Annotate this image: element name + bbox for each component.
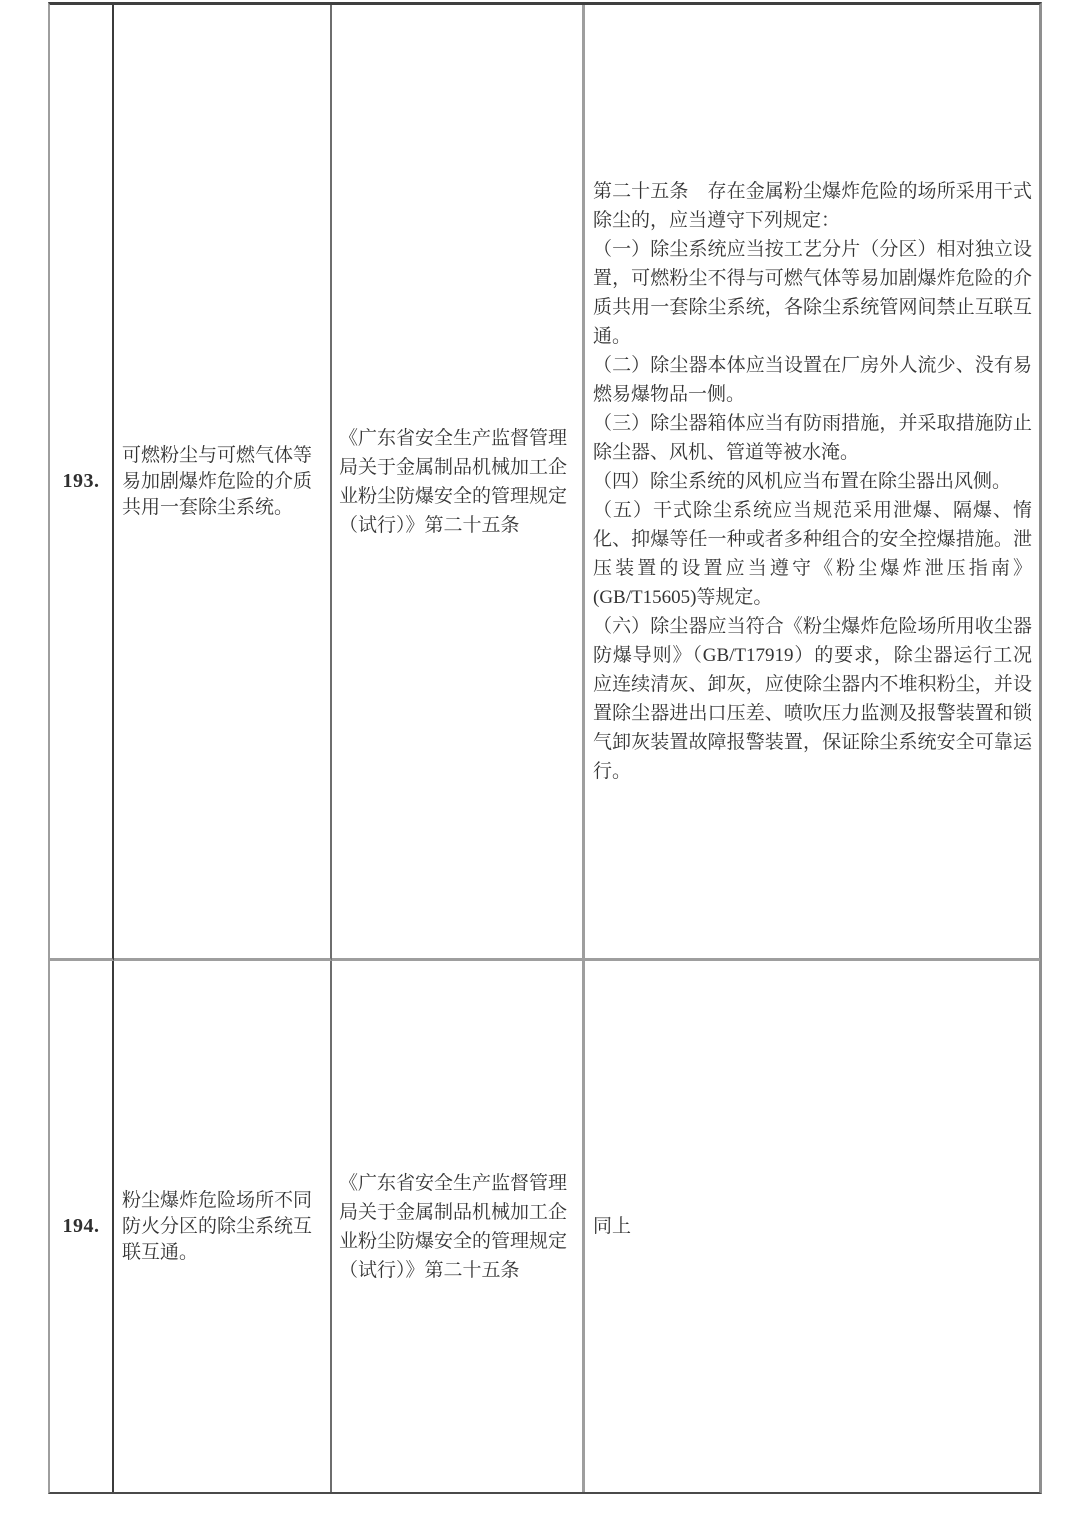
provision-text-block: 第二十五条 存在金属粉尘爆炸危险的场所采用干式除尘的，应当遵守下列规定： （一）… (593, 177, 1032, 786)
provision-paragraph: （六）除尘器应当符合《粉尘爆炸危险场所用收尘器防爆导则》（GB/T17919）的… (593, 612, 1032, 786)
row-number-cell: 193. (50, 5, 114, 961)
provision-cell: 同上 (585, 961, 1040, 1492)
row-number: 194. (63, 1215, 100, 1238)
provision-paragraph: 第二十五条 存在金属粉尘爆炸危险的场所采用干式除尘的，应当遵守下列规定： (593, 177, 1032, 235)
provision-paragraph: （一）除尘系统应当按工艺分片（分区）相对独立设置，可燃粉尘不得与可燃气体等易加剧… (593, 235, 1032, 351)
provision-paragraph: （三）除尘器箱体应当有防雨措施，并采取措施防止除尘器、风机、管道等被水淹。 (593, 409, 1032, 467)
document-page: 193. 可燃粉尘与可燃气体等易加剧爆炸危险的介质共用一套除尘系统。 《广东省安… (0, 0, 1080, 1527)
problem-text: 粉尘爆炸危险场所不同防火分区的除尘系统互联互通。 (122, 1188, 322, 1266)
provision-paragraph: （四）除尘系统的风机应当布置在除尘器出风侧。 (593, 467, 1032, 496)
table-row-194: 194. 粉尘爆炸危险场所不同防火分区的除尘系统互联互通。 《广东省安全生产监督… (50, 961, 1039, 1492)
problem-cell: 可燃粉尘与可燃气体等易加剧爆炸危险的介质共用一套除尘系统。 (114, 5, 332, 961)
problem-cell: 粉尘爆炸危险场所不同防火分区的除尘系统互联互通。 (114, 961, 332, 1492)
provision-paragraph: （二）除尘器本体应当设置在厂房外人流少、没有易燃易爆物品一侧。 (593, 351, 1032, 409)
provision-paragraph: （五）干式除尘系统应当规范采用泄爆、隔爆、惰化、抑爆等任一种或者多种组合的安全控… (593, 496, 1032, 612)
table-row-193: 193. 可燃粉尘与可燃气体等易加剧爆炸危险的介质共用一套除尘系统。 《广东省安… (50, 5, 1039, 961)
regulation-table: 193. 可燃粉尘与可燃气体等易加剧爆炸危险的介质共用一套除尘系统。 《广东省安… (48, 2, 1042, 1494)
problem-text: 可燃粉尘与可燃气体等易加剧爆炸危险的介质共用一套除尘系统。 (122, 443, 322, 521)
legal-basis-cell: 《广东省安全生产监督管理局关于金属制品机械加工企业粉尘防爆安全的管理规定（试行）… (332, 961, 585, 1492)
row-number-cell: 194. (50, 961, 114, 1492)
provision-cell: 第二十五条 存在金属粉尘爆炸危险的场所采用干式除尘的，应当遵守下列规定： （一）… (585, 5, 1040, 961)
legal-basis-text: 《广东省安全生产监督管理局关于金属制品机械加工企业粉尘防爆安全的管理规定（试行）… (339, 1169, 575, 1285)
legal-basis-text: 《广东省安全生产监督管理局关于金属制品机械加工企业粉尘防爆安全的管理规定（试行）… (339, 424, 575, 540)
provision-same-as-above: 同上 (593, 1212, 1032, 1241)
row-number: 193. (63, 470, 100, 493)
legal-basis-cell: 《广东省安全生产监督管理局关于金属制品机械加工企业粉尘防爆安全的管理规定（试行）… (332, 5, 585, 961)
